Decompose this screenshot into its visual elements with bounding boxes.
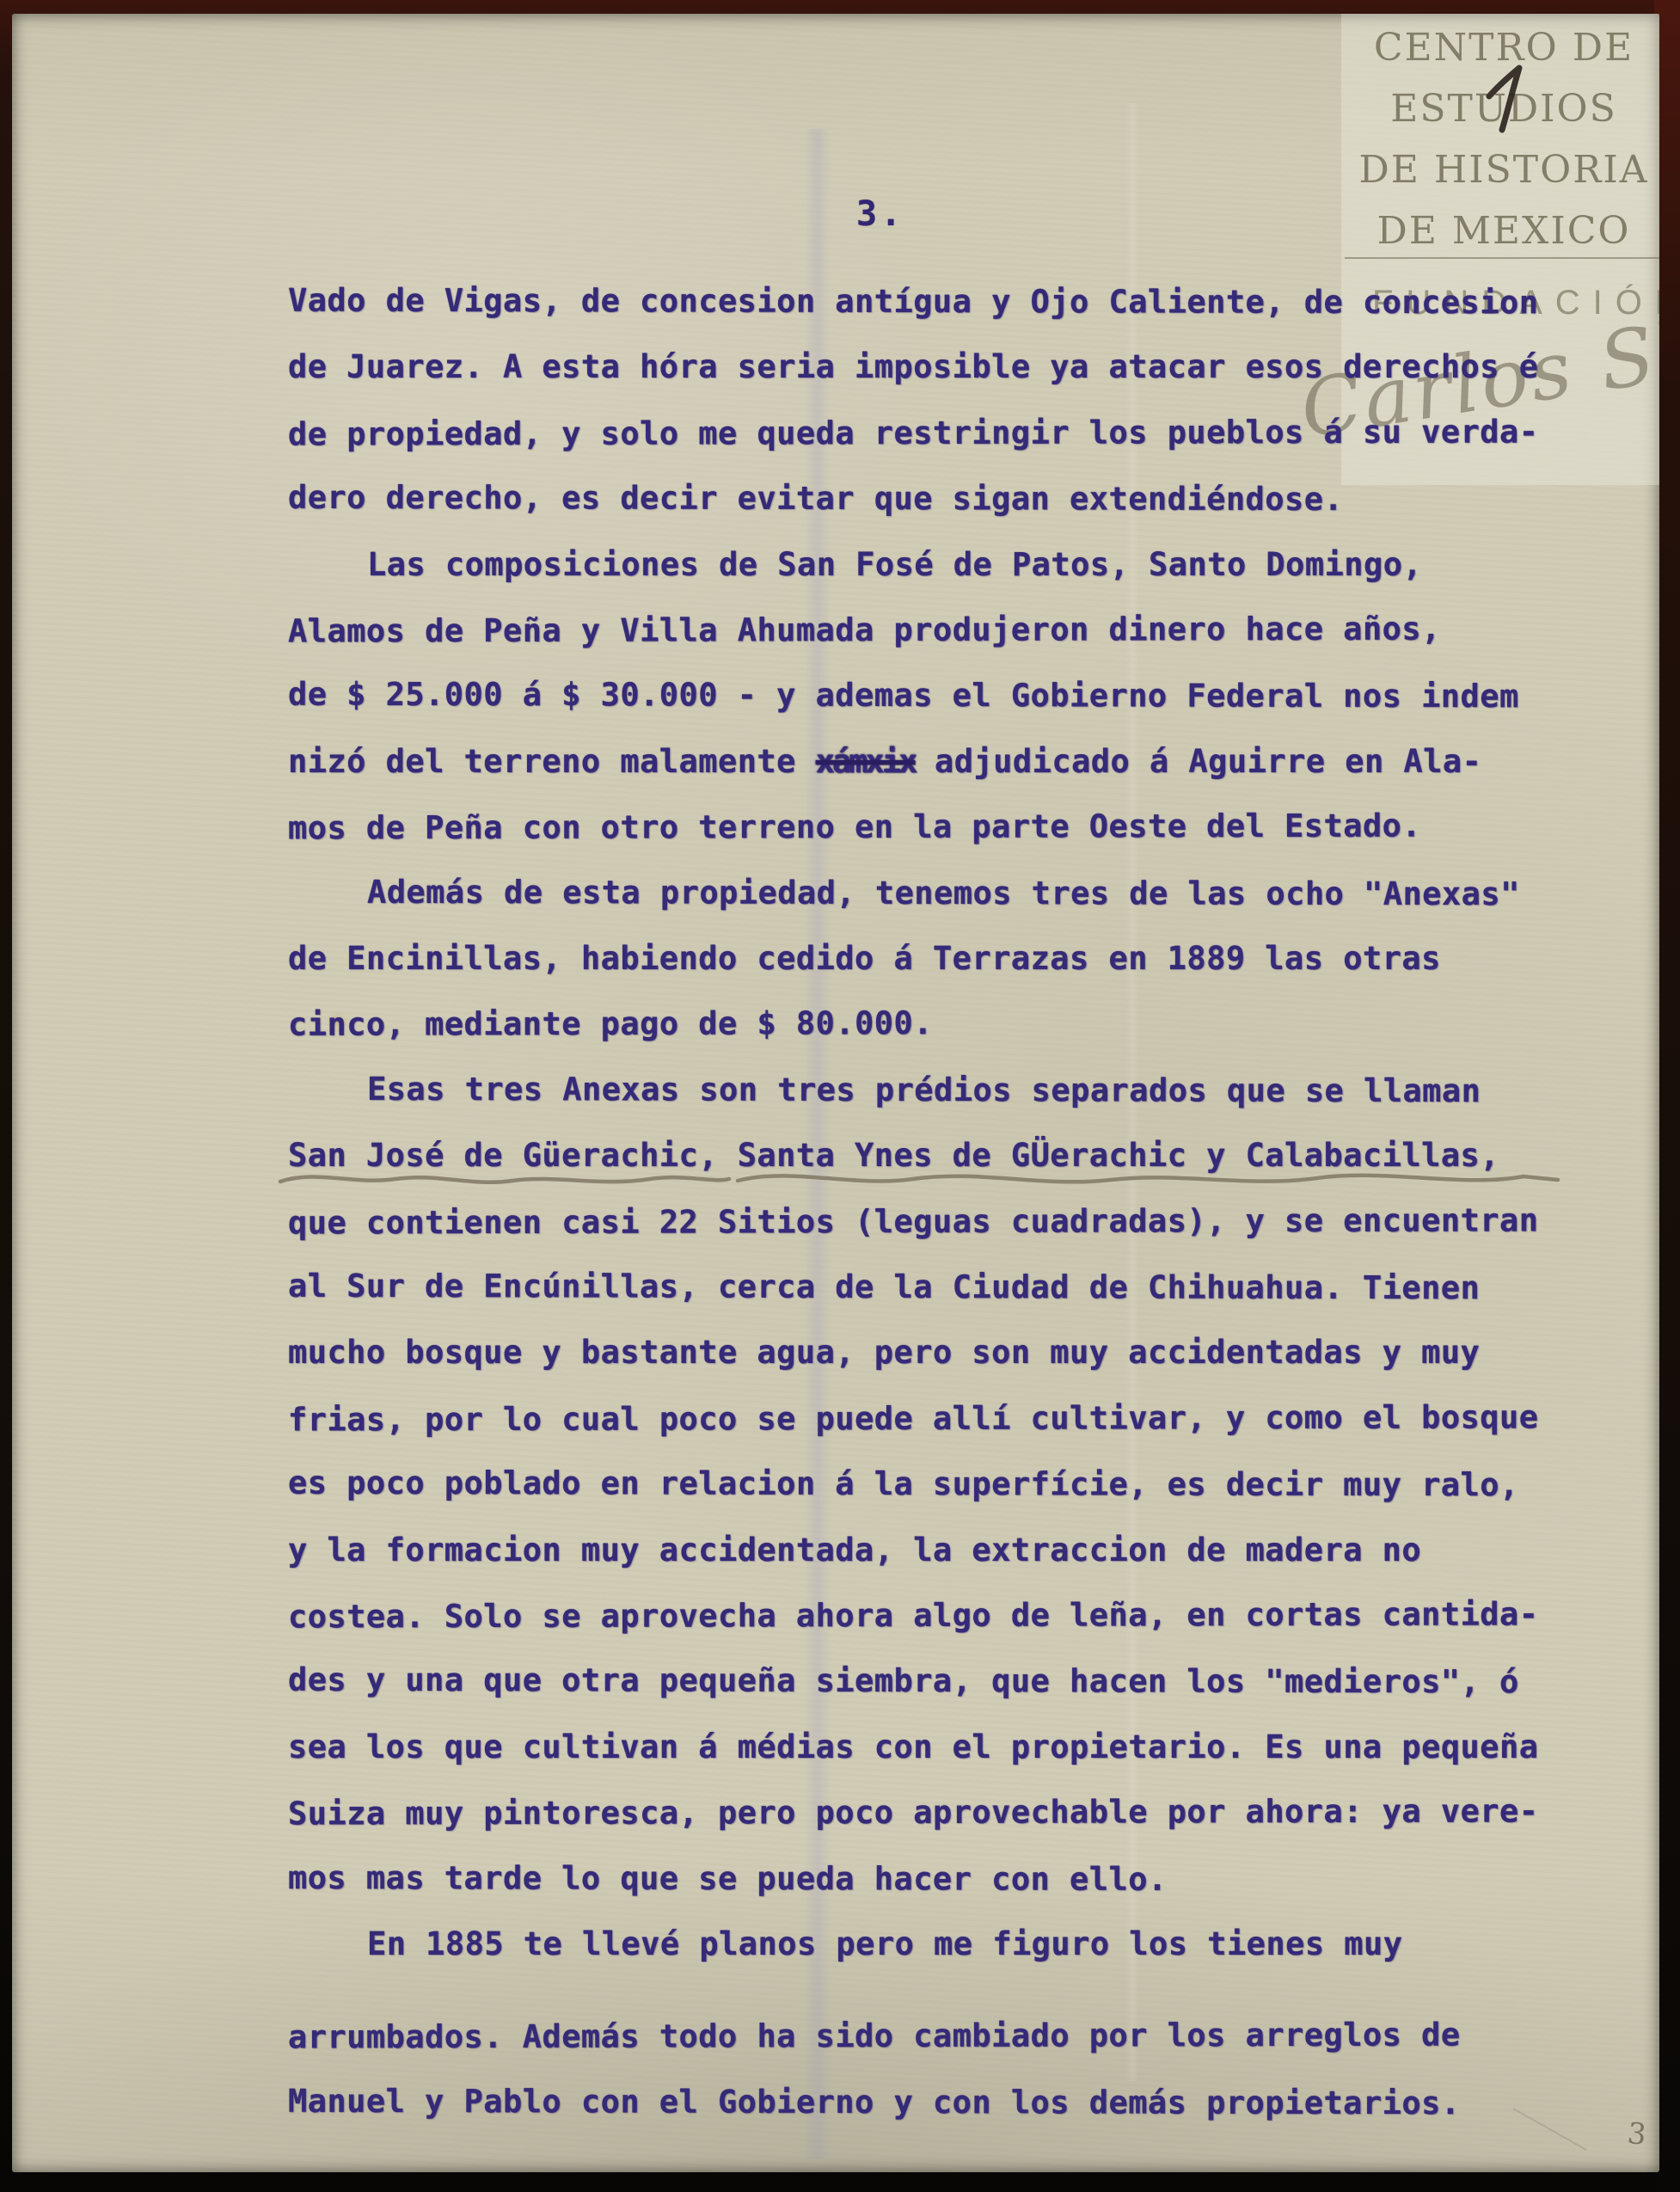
pencil-underline-segment-1: [280, 1177, 729, 1182]
pencil-page-numeral: 3: [1626, 2116, 1648, 2152]
handwritten-one-mark: [1489, 68, 1519, 130]
pencil-underline-overlay: [0, 0, 1680, 2192]
pencil-underline-segment-2: [738, 1176, 1558, 1182]
paper-scratch: [1513, 2109, 1586, 2150]
